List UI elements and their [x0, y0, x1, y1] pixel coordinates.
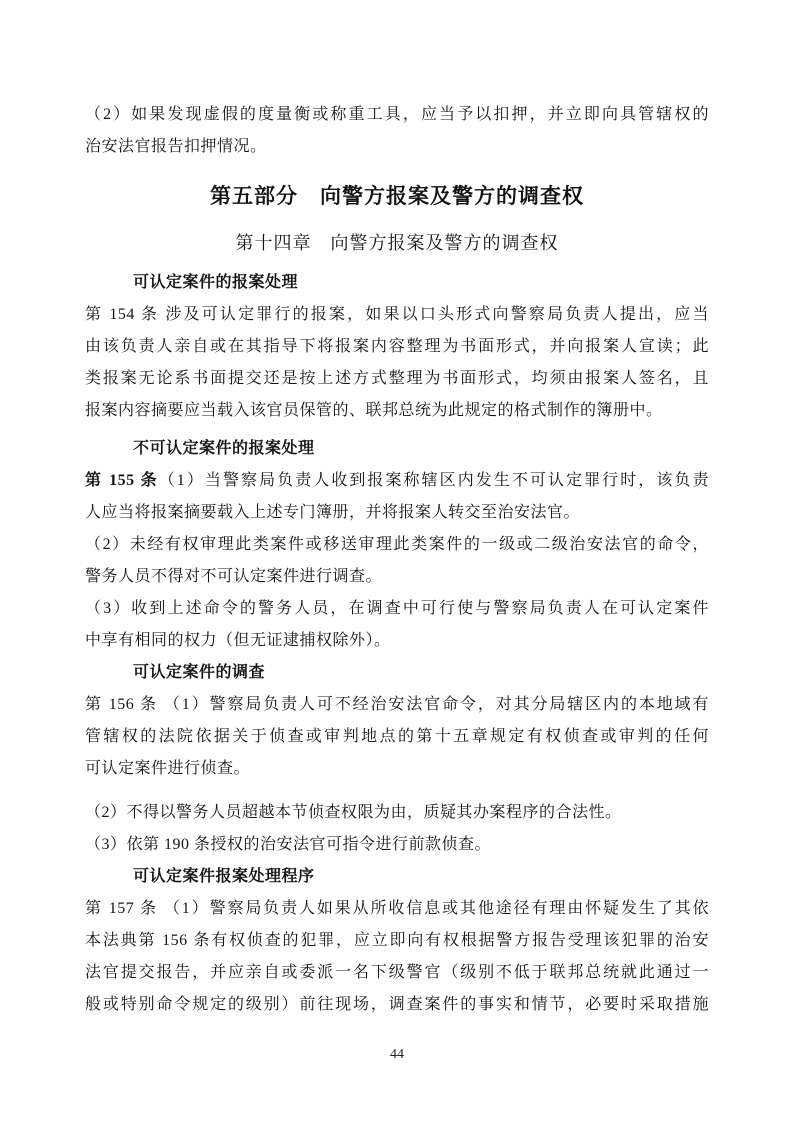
paragraph-line: 第 154 条 涉及可认定罪行的报案，如果以口头形式向警察局负责人提出，应当 — [85, 299, 709, 331]
statute-154-paragraph: 第 154 条 涉及可认定罪行的报案，如果以口头形式向警察局负责人提出，应当 由… — [85, 299, 709, 427]
paragraph-line: 警务人员不得对不可认定案件进行调查。 — [85, 561, 709, 593]
paragraph-line: 治安法官报告扣押情况。 — [85, 131, 709, 163]
paragraph-line: 管辖权的法院依据关于侦查或审判地点的第十五章规定有权侦查或审判的任何 — [85, 721, 709, 753]
statute-156-clause-1: 第 156 条 （1）警察局负责人可不经治安法官命令，对其分局辖区内的本地域有 … — [85, 689, 709, 785]
statute-155-clause-3: （3）收到上述命令的警务人员，在调查中可行使与警察局负责人在可认定案件 中享有相… — [85, 593, 709, 657]
paragraph-line: 由该负责人亲自或在其指导下将报案内容整理为书面形式，并向报案人宣读；此 — [85, 331, 709, 363]
paragraph-line: （2）未经有权审理此类案件或移送审理此类案件的一级或二级治安法官的命令， — [85, 529, 709, 561]
paragraph-line: 类报案无论系书面提交还是按上述方式整理为书面形式，均须由报案人签名，且 — [85, 363, 709, 395]
section-heading-157: 可认定案件报案处理程序 — [85, 861, 709, 893]
paragraph-line: 可认定案件进行侦查。 — [85, 753, 709, 785]
paragraph-line: 本法典第 156 条有权侦查的犯罪，应立即向有权根据警方报告受理该犯罪的治安 — [85, 925, 709, 957]
part-title: 第五部分 向警方报案及警方的调查权 — [85, 181, 709, 211]
section-heading-156: 可认定案件的调查 — [85, 657, 709, 689]
paragraph-line: 第 157 条 （1）警察局负责人如果从所收信息或其他途径有理由怀疑发生了其依 — [85, 893, 709, 925]
paragraph-line: 报案内容摘要应当载入该官员保管的、联邦总统为此规定的格式制作的簿册中。 — [85, 395, 709, 427]
statute-156-clause-3: （3）依第 190 条授权的治安法官可指令进行前款侦查。 — [85, 829, 709, 861]
continuation-paragraph: （2）如果发现虚假的度量衡或称重工具，应当予以扣押，并立即向具管辖权的 治安法官… — [85, 99, 709, 163]
paragraph-line: 第 156 条 （1）警察局负责人可不经治安法官命令，对其分局辖区内的本地域有 — [85, 689, 709, 721]
statute-155-clause-2: （2）未经有权审理此类案件或移送审理此类案件的一级或二级治安法官的命令， 警务人… — [85, 529, 709, 593]
paragraph-line: 中享有相同的权力（但无证逮捕权除外）。 — [85, 625, 709, 657]
paragraph-line: （2）不得以警务人员超越本节侦查权限为由，质疑其办案程序的合法性。 — [85, 797, 709, 829]
section-heading-154: 可认定案件的报案处理 — [85, 267, 709, 299]
paragraph-line: 法官提交报告，并应亲自或委派一名下级警官（级别不低于联邦总统就此通过一 — [85, 957, 709, 989]
section-heading-155: 不可认定案件的报案处理 — [85, 433, 709, 465]
statute-number-155: 第 155 条 — [85, 472, 159, 489]
paragraph-line: 第 155 条（1）当警察局负责人收到报案称辖区内发生不可认定罪行时，该负责 — [85, 465, 709, 497]
page-number: 44 — [85, 1045, 709, 1065]
statute-text: （1）当警察局负责人收到报案称辖区内发生不可认定罪行时，该负责 — [159, 472, 709, 489]
paragraph-line: 般或特别命令规定的级别）前往现场，调查案件的事实和情节，必要时采取措施 — [85, 989, 709, 1021]
statute-157-clause-1: 第 157 条 （1）警察局负责人如果从所收信息或其他途径有理由怀疑发生了其依 … — [85, 893, 709, 1021]
statute-156-clause-2: （2）不得以警务人员超越本节侦查权限为由，质疑其办案程序的合法性。 — [85, 797, 709, 829]
document-page: （2）如果发现虚假的度量衡或称重工具，应当予以扣押，并立即向具管辖权的 治安法官… — [0, 0, 793, 1122]
statute-155-clause-1: 第 155 条（1）当警察局负责人收到报案称辖区内发生不可认定罪行时，该负责 人… — [85, 465, 709, 529]
paragraph-line: （3）依第 190 条授权的治安法官可指令进行前款侦查。 — [85, 829, 709, 861]
paragraph-line: 人应当将报案摘要载入上述专门簿册，并将报案人转交至治安法官。 — [85, 497, 709, 529]
paragraph-line: （2）如果发现虚假的度量衡或称重工具，应当予以扣押，并立即向具管辖权的 — [85, 99, 709, 131]
chapter-title: 第十四章 向警方报案及警方的调查权 — [85, 229, 709, 257]
paragraph-line: （3）收到上述命令的警务人员，在调查中可行使与警察局负责人在可认定案件 — [85, 593, 709, 625]
